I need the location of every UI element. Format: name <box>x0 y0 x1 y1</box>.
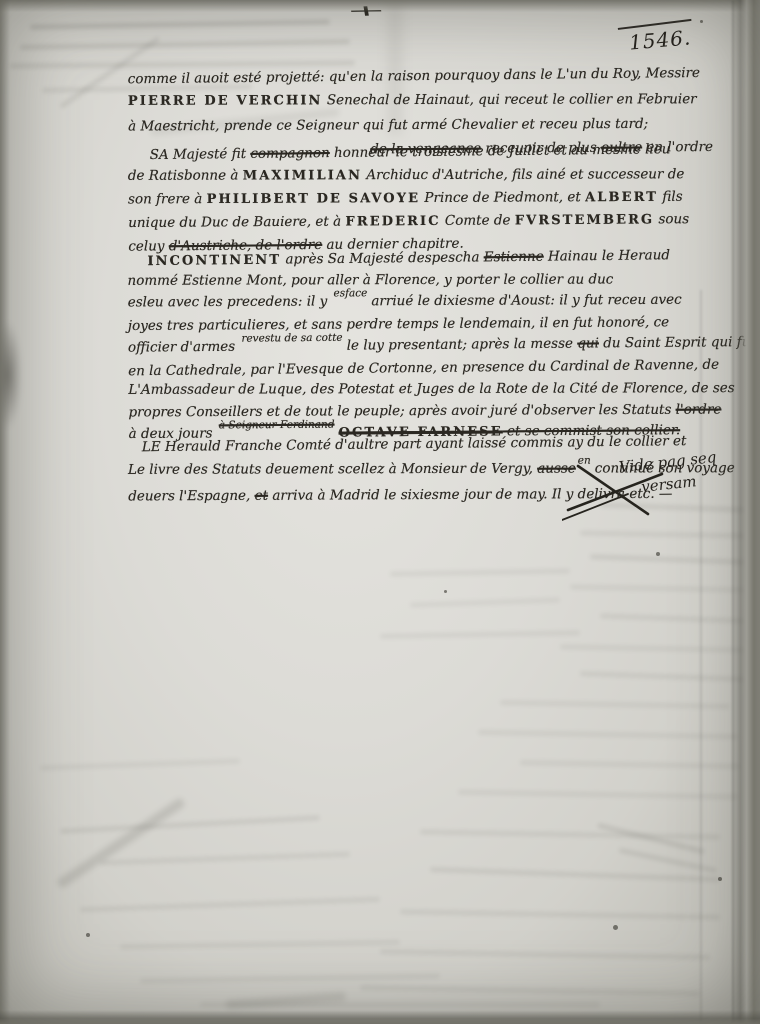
handwritten-text: INCONTINENT <box>147 253 281 269</box>
smudge-mark <box>56 797 186 889</box>
manuscript-line: nommé Estienne Mont, pour aller à Floren… <box>128 269 718 292</box>
handwritten-text: son frere à <box>128 191 207 207</box>
page-edge-top <box>0 0 760 12</box>
struck-text: et <box>255 488 268 504</box>
handwritten-text: arriué le dixiesme d'Aoust: il y fut rec… <box>371 292 681 310</box>
handwritten-text: Prince de Piedmont, et <box>420 189 585 206</box>
manuscript-line: son frere à PHILIBERT DE SAVOYE Prince d… <box>128 186 718 212</box>
handwritten-text: Comte de <box>441 212 515 229</box>
ink-dot <box>444 590 447 593</box>
manuscript-line: de Ratisbonne à MAXIMILIAN Archiduc d'Au… <box>128 163 718 188</box>
handwritten-text: SA Majesté fit <box>150 146 251 163</box>
bleed-through-mark <box>390 568 570 576</box>
bleed-through-mark <box>80 897 380 912</box>
handwritten-text: ALBERT <box>585 190 658 205</box>
handwritten-text: Le livre des Statuts deuement scellez à … <box>128 461 537 478</box>
manuscript-paragraph: INCONTINENT après Sa Majesté despescha E… <box>127 246 718 447</box>
handwritten-text: nommé Estienne Mont, pour aller à Floren… <box>128 271 614 288</box>
handwritten-text: joyes tres particulieres, et sans perdre… <box>128 314 669 334</box>
handwritten-text: après Sa Majesté despescha <box>281 249 484 267</box>
handwritten-text: le luy presentant; après la messe <box>347 336 578 354</box>
handwritten-text: L'Ambassadeur de Luque, des Potestat et … <box>128 380 734 398</box>
bleed-through-mark <box>500 700 730 709</box>
bleed-through-mark <box>520 760 740 769</box>
manuscript-line: L'Ambassadeur de Luque, des Potestat et … <box>128 378 718 401</box>
handwritten-text: PIERRE DE VERCHIN <box>128 93 323 109</box>
bleed-through-mark <box>580 671 750 682</box>
bleed-through-mark <box>140 973 440 983</box>
bleed-through-mark <box>400 909 720 920</box>
bleed-through-mark <box>410 597 560 607</box>
bleed-through-mark <box>60 815 320 834</box>
bleed-through-mark <box>570 584 750 592</box>
bleed-through-mark <box>590 554 750 565</box>
manuscript-page: + 1546. comme il auoit esté projetté: qu… <box>0 0 760 1024</box>
bleed-through-mark <box>380 949 710 960</box>
handwritten-text: en la Cathedrale, par l'Evesque de Corto… <box>128 356 719 379</box>
ink-dot <box>700 20 703 23</box>
struck-text: compagnon <box>250 145 330 162</box>
bleed-through-mark <box>430 867 720 882</box>
struck-text: Estienne <box>484 249 544 266</box>
ink-dot <box>86 933 90 937</box>
ink-dot <box>656 552 660 556</box>
handwritten-text: Hainau le Heraud <box>544 247 671 264</box>
handwritten-text: Archiduc d'Autriche, fils ainé et succes… <box>362 166 684 183</box>
handwritten-text: esleu avec les precedens: il y <box>128 293 332 310</box>
handwritten-text: FREDERIC <box>345 214 440 230</box>
bleed-through-mark <box>100 852 350 866</box>
bleed-through-mark <box>458 790 738 800</box>
bleed-through-mark <box>420 829 720 839</box>
handwritten-text: MAXIMILIAN <box>243 168 362 183</box>
handwritten-text: deuers l'Espagne, <box>128 488 254 505</box>
handwritten-text: propres Conseillers et de tout le peuple… <box>128 401 675 420</box>
struck-text: l'ordre <box>676 401 722 417</box>
manuscript-paragraph: SA Majesté fit compagnon honneur le troi… <box>128 139 719 258</box>
handwritten-text: de Ratisbonne à <box>128 168 243 184</box>
page-edge-right <box>732 0 760 1024</box>
bleed-through-mark <box>600 613 750 623</box>
bleed-through-mark <box>360 985 700 996</box>
bleed-through-mark <box>380 630 580 638</box>
bleed-through-mark <box>580 531 750 539</box>
struck-text: qui <box>577 335 599 351</box>
handwritten-text: officier d'armes <box>128 339 240 356</box>
bleed-through-mark <box>120 940 400 950</box>
page-edge-left <box>0 0 10 1024</box>
handwritten-text: revestu de sa cotte <box>241 332 342 345</box>
bleed-through-mark <box>20 39 350 50</box>
manuscript-line: PIERRE DE VERCHIN Senechal de Hainaut, q… <box>128 87 718 114</box>
handwritten-text: comme il auoit esté projetté: qu'en la r… <box>128 65 700 87</box>
bleed-through-mark <box>40 759 240 771</box>
handwritten-text: FVRSTEMBERG <box>515 212 654 228</box>
bleed-through-mark <box>30 19 330 29</box>
handwritten-text: esface <box>333 287 367 299</box>
year-folio-number: 1546. <box>628 25 692 54</box>
handwritten-text: sous <box>654 211 689 227</box>
struck-text: à Seigneur Ferdinand <box>219 419 335 432</box>
handwritten-text: honneur le troisiesme de Juillet et au m… <box>330 141 671 161</box>
cross-out-flourish <box>562 452 672 522</box>
bleed-through-mark <box>560 644 750 652</box>
page-edge-bottom <box>0 1010 760 1024</box>
ink-dot <box>613 925 618 930</box>
handwritten-text: unique du Duc de Bauiere, et à <box>128 214 345 232</box>
handwritten-text: fils <box>658 189 683 205</box>
handwritten-text: PHILIBERT DE SAVOYE <box>207 191 421 207</box>
handwritten-text: Senechal de Hainaut, qui receut le colli… <box>323 91 697 108</box>
ink-dot <box>718 877 722 881</box>
